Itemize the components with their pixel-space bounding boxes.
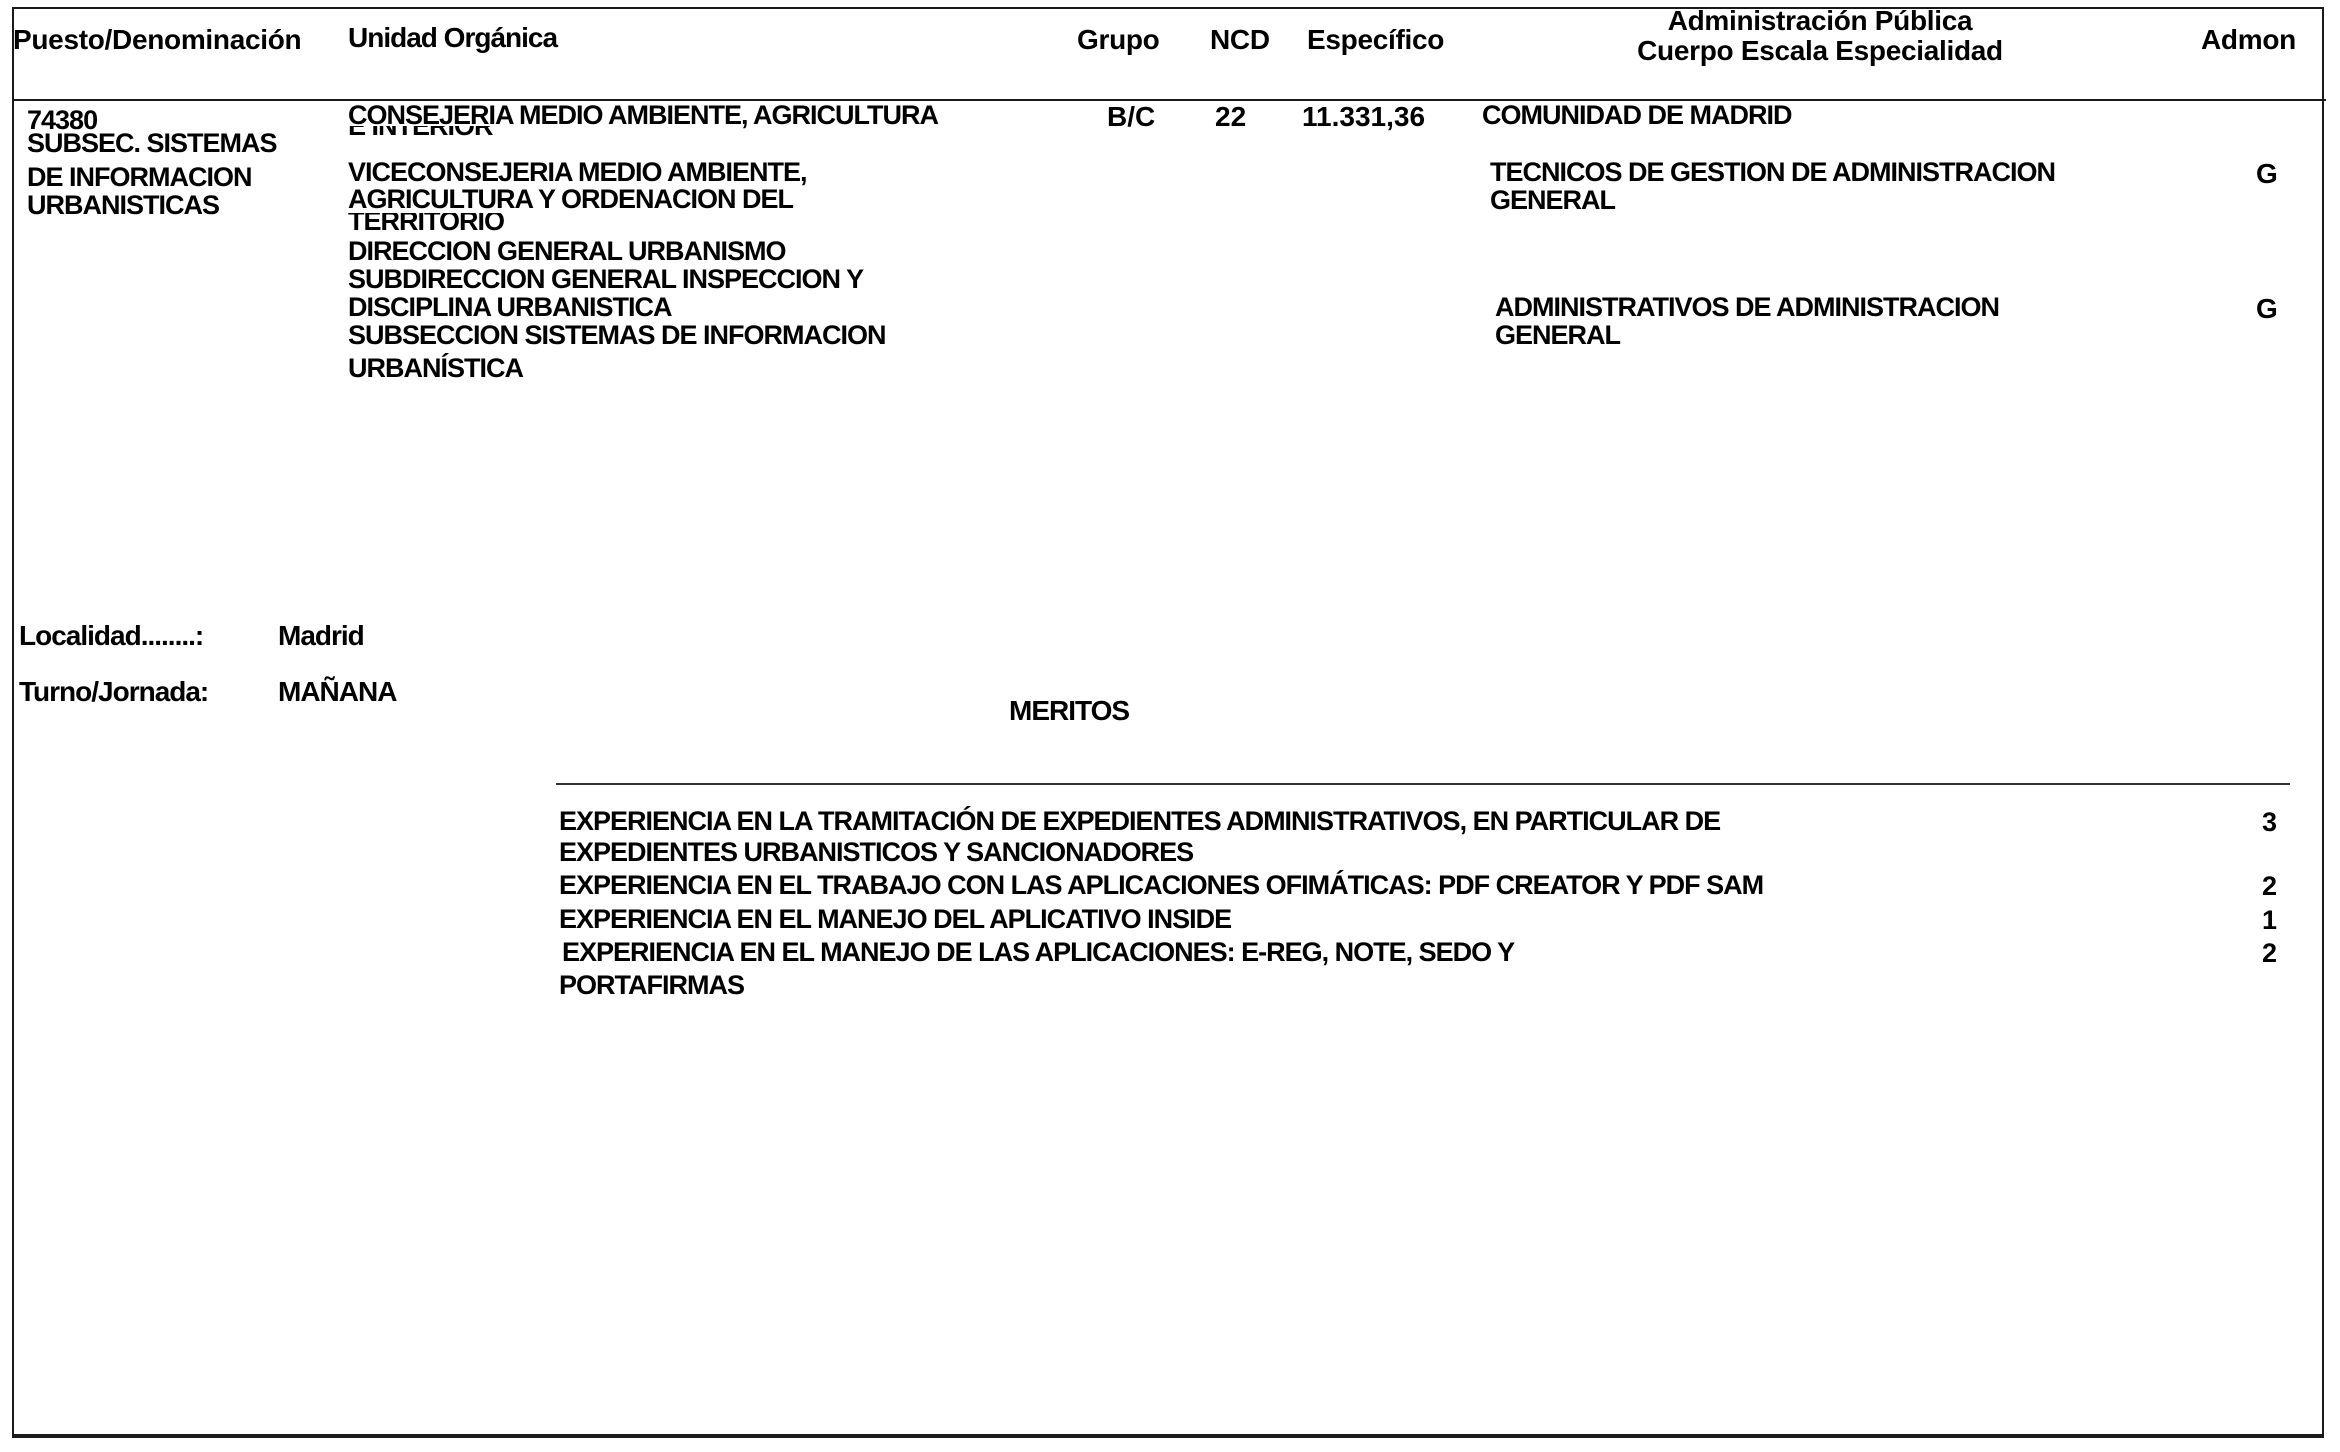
merito-3-line-1: EXPERIENCIA EN EL MANEJO DEL APLICATIVO … (559, 905, 1231, 933)
unidad-line-6: DIRECCION GENERAL URBANISMO (348, 237, 786, 265)
header-unidad: Unidad Orgánica (348, 24, 557, 52)
cuerpo-1-admon: G (2256, 158, 2278, 190)
header-admin-publica: Administración Pública Cuerpo Escala Esp… (1520, 6, 2120, 66)
merito-4-line-2: PORTAFIRMAS (559, 971, 744, 999)
header-ncd: NCD (1210, 24, 1270, 56)
unidad-line-3: VICECONSEJERIA MEDIO AMBIENTE, (348, 158, 807, 186)
header-puesto: Puesto/Denominación (13, 24, 301, 56)
cuerpo-2-line-1: ADMINISTRATIVOS DE ADMINISTRACION (1495, 293, 1999, 321)
puesto-denominacion-3: URBANISTICAS (27, 191, 219, 219)
unidad-line-10: URBANÍSTICA (348, 354, 523, 382)
localidad-value: Madrid (278, 622, 364, 650)
header-admon: Admon (2201, 24, 2296, 56)
localidad-label: Localidad........: (19, 622, 203, 650)
puesto-denominacion-1: SUBSEC. SISTEMAS (27, 129, 277, 157)
unidad-line-5: TERRITORIO (348, 213, 504, 235)
header-grupo: Grupo (1077, 24, 1160, 56)
merito-4-line-1: EXPERIENCIA EN EL MANEJO DE LAS APLICACI… (562, 938, 1514, 966)
especifico-value: 11.331,36 (1302, 101, 1425, 133)
turno-value: MAÑANA (278, 678, 396, 706)
merito-3-points: 1 (2262, 905, 2277, 936)
cuerpo-1-line-1: TECNICOS DE GESTION DE ADMINISTRACION (1490, 158, 2055, 186)
meritos-title: MERITOS (1009, 697, 1129, 725)
merito-2-points: 2 (2262, 871, 2277, 902)
header-admin-publica-line2: Cuerpo Escala Especialidad (1520, 36, 2120, 66)
grupo-value: B/C (1107, 101, 1155, 133)
ncd-value: 22 (1215, 101, 1246, 133)
merito-1-points: 3 (2262, 807, 2277, 838)
header-admin-publica-line1: Administración Pública (1520, 6, 2120, 36)
merito-1-line-2: EXPEDIENTES URBANISTICOS Y SANCIONADORES (559, 838, 1193, 866)
unidad-line-5-text: TERRITORIO (348, 213, 504, 235)
merito-2-line-1: EXPERIENCIA EN EL TRABAJO CON LAS APLICA… (559, 871, 1763, 899)
cuerpo-2-admon: G (2256, 293, 2278, 325)
merito-1-line-1: EXPERIENCIA EN LA TRAMITACIÓN DE EXPEDIE… (559, 807, 1720, 835)
puesto-denominacion-2: DE INFORMACION (27, 163, 252, 191)
administracion-publica: COMUNIDAD DE MADRID (1482, 101, 1791, 129)
cuerpo-1-line-2: GENERAL (1490, 186, 1615, 214)
unidad-line-4: AGRICULTURA Y ORDENACION DEL (348, 185, 793, 213)
cuerpo-2-line-2: GENERAL (1495, 321, 1620, 349)
unidad-line-8: DISCIPLINA URBANISTICA (348, 293, 672, 321)
unidad-line-1: CONSEJERIA MEDIO AMBIENTE, AGRICULTURA (348, 101, 938, 129)
unidad-line-7: SUBDIRECCION GENERAL INSPECCION Y (348, 265, 863, 293)
merito-4-points: 2 (2262, 938, 2277, 969)
meritos-divider (556, 783, 2290, 785)
unidad-line-2: E INTERIOR (348, 126, 493, 138)
header-especifico: Específico (1307, 24, 1444, 56)
turno-label: Turno/Jornada: (19, 678, 208, 706)
unidad-line-2-text: E INTERIOR (348, 126, 493, 138)
unidad-line-9: SUBSECCION SISTEMAS DE INFORMACION (348, 321, 886, 349)
